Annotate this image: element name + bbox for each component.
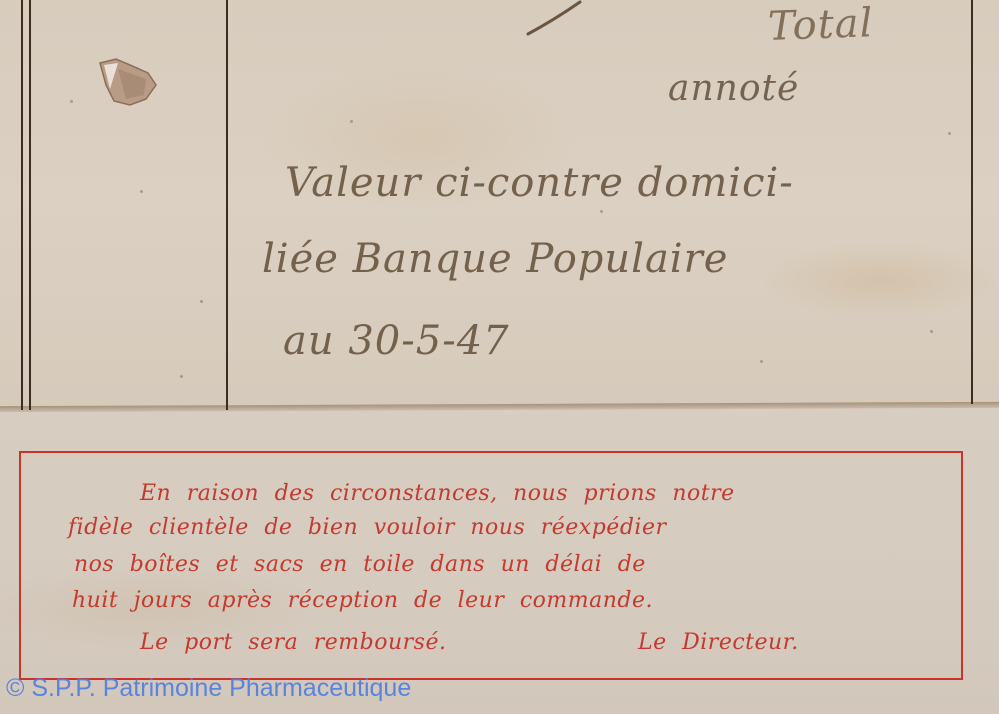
- notice-line: En raison des circonstances, nous prions…: [140, 481, 735, 506]
- notice-line: huit jours après réception de leur comma…: [72, 588, 653, 613]
- paper-speck: [180, 375, 183, 378]
- notice-line: nos boîtes et sacs en toile dans un déla…: [74, 552, 646, 577]
- handwritten-annotation: annoté: [668, 68, 799, 109]
- column-rule: [226, 0, 228, 410]
- paper-speck: [140, 190, 143, 193]
- paper-speck: [948, 132, 951, 135]
- paper-speck: [760, 360, 763, 363]
- notice-signature: Le Directeur.: [638, 630, 799, 655]
- handwritten-line: Valeur ci-contre domici-: [285, 160, 794, 206]
- margin-rule-left-outer: [21, 0, 23, 410]
- notice-footer-postage: Le port sera remboursé.: [140, 630, 446, 655]
- margin-rule-left-inner: [29, 0, 31, 410]
- torn-hole-icon: [96, 55, 160, 115]
- paper-speck: [930, 330, 933, 333]
- notice-line: fidèle clientèle de bien vouloir nous ré…: [68, 515, 666, 540]
- ink-stroke: [524, 0, 584, 36]
- handwritten-line: liée Banque Populaire: [262, 236, 728, 282]
- handwritten-date-line: au 30-5-47: [283, 318, 510, 364]
- copyright-watermark: © S.P.P. Patrimoine Pharmaceutique: [6, 674, 411, 703]
- paper-speck: [200, 300, 203, 303]
- paper-speck: [600, 210, 603, 213]
- paper-speck: [350, 120, 353, 123]
- handwritten-total: Total: [767, 0, 874, 50]
- margin-rule-right: [971, 0, 973, 404]
- paper-speck: [70, 100, 73, 103]
